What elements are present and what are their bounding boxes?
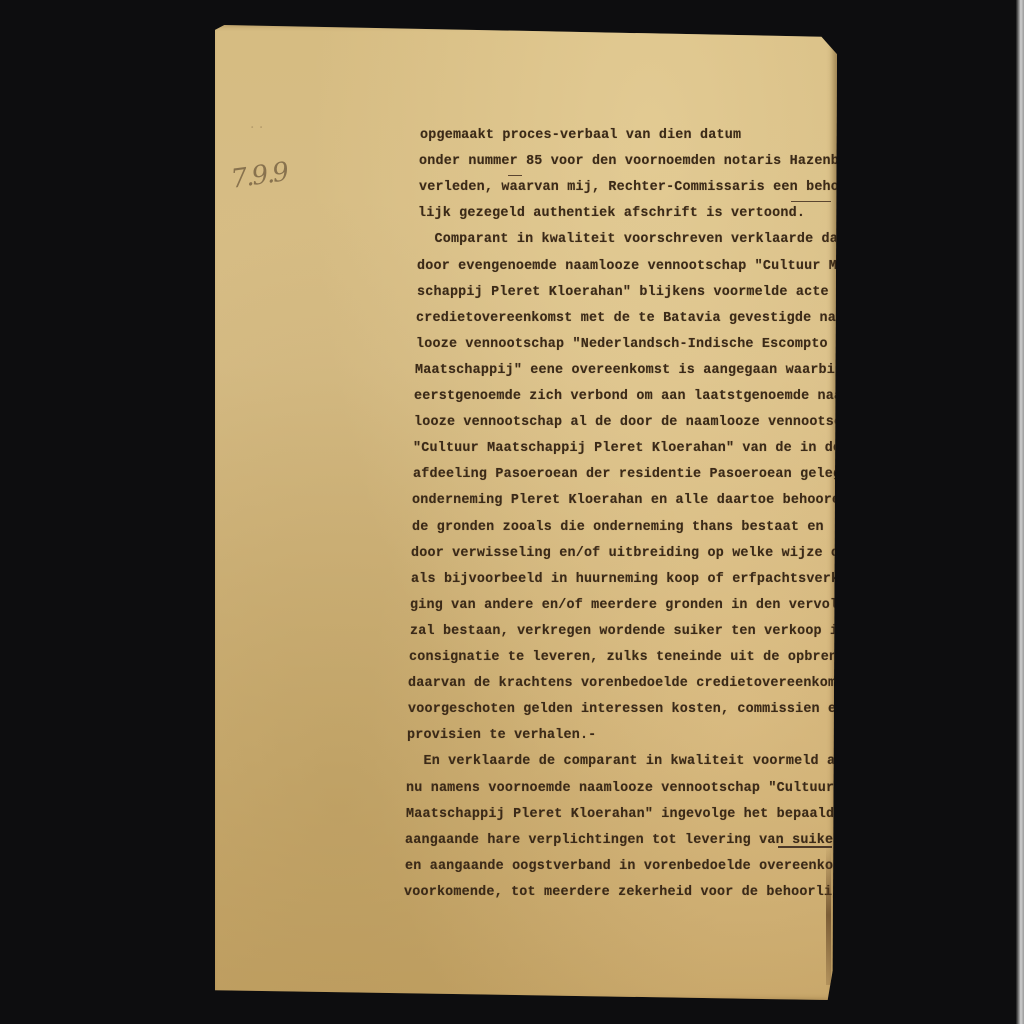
text-line: "Cultuur Maatschappij Pleret Kloerahan" … [413, 441, 841, 456]
text-line: lijk gezegeld authentiek afschrift is ve… [418, 206, 805, 221]
text-line: aangaande hare verplichtingen tot leveri… [405, 833, 842, 848]
text-line: afdeeling Pasoeroean der residentie Paso… [413, 467, 858, 482]
text-line: zal bestaan, verkregen wordende suiker t… [410, 624, 847, 639]
text-line: Maatschappij Pleret Kloerahan" ingevolge… [406, 807, 843, 822]
text-line: nu namens voornoemde naamlooze vennootsc… [406, 781, 834, 796]
text-line: consignatie te leveren, zulks teneinde u… [409, 650, 862, 665]
text-line: onderneming Pleret Kloerahan en alle daa… [412, 493, 857, 508]
text-line: eerstgenoemde zich verbond om aan laatst… [414, 389, 859, 404]
text-line: opgemaakt proces-verbaal van dien datum [420, 128, 741, 143]
text-line: looze vennootschap al de door de naamloo… [414, 415, 867, 430]
document-page: · · 7.9.9 opgemaakt proces-verbaal van d… [215, 25, 837, 1000]
text-line: Comparant in kwaliteit voorschreven verk… [418, 232, 846, 247]
text-line: Maatschappij" eene overeenkomst is aange… [415, 363, 843, 378]
text-line: provisien te verhalen.- [407, 728, 596, 743]
text-line: daarvan de krachtens vorenbedoelde credi… [408, 676, 853, 691]
text-line: de gronden zooals die onderneming thans … [412, 520, 824, 535]
text-line: credietovereenkomst met de te Batavia ge… [416, 311, 861, 326]
text-line: voorkomende, tot meerdere zekerheid voor… [404, 885, 857, 900]
text-line: voorgeschoten gelden interessen kosten, … [408, 702, 845, 717]
text-line: looze vennootschap "Nederlandsch-Indisch… [416, 337, 828, 352]
text-line: door evengenoemde naamlooze vennootschap… [417, 259, 870, 274]
text-line: en aangaande oogstverband in vorenbedoel… [405, 859, 858, 874]
text-line: als bijvoorbeeld in huurneming koop of e… [411, 572, 864, 587]
background-edge-strip [1016, 0, 1024, 1024]
text-line: En verklaarde de comparant in kwaliteit … [407, 754, 860, 769]
text-line: schappij Pleret Kloerahan" blijkens voor… [417, 285, 862, 300]
text-line: ging van andere en/of meerdere gronden i… [410, 598, 847, 613]
text-line: verleden, waarvan mij, Rechter-Commissar… [419, 180, 864, 195]
text-line: onder nummer 85 voor den voornoemden not… [419, 154, 864, 169]
text-line: door verwisseling en/of uitbreiding op w… [411, 546, 856, 561]
typed-text-body: opgemaakt proces-verbaal van dien datumo… [215, 25, 837, 1000]
